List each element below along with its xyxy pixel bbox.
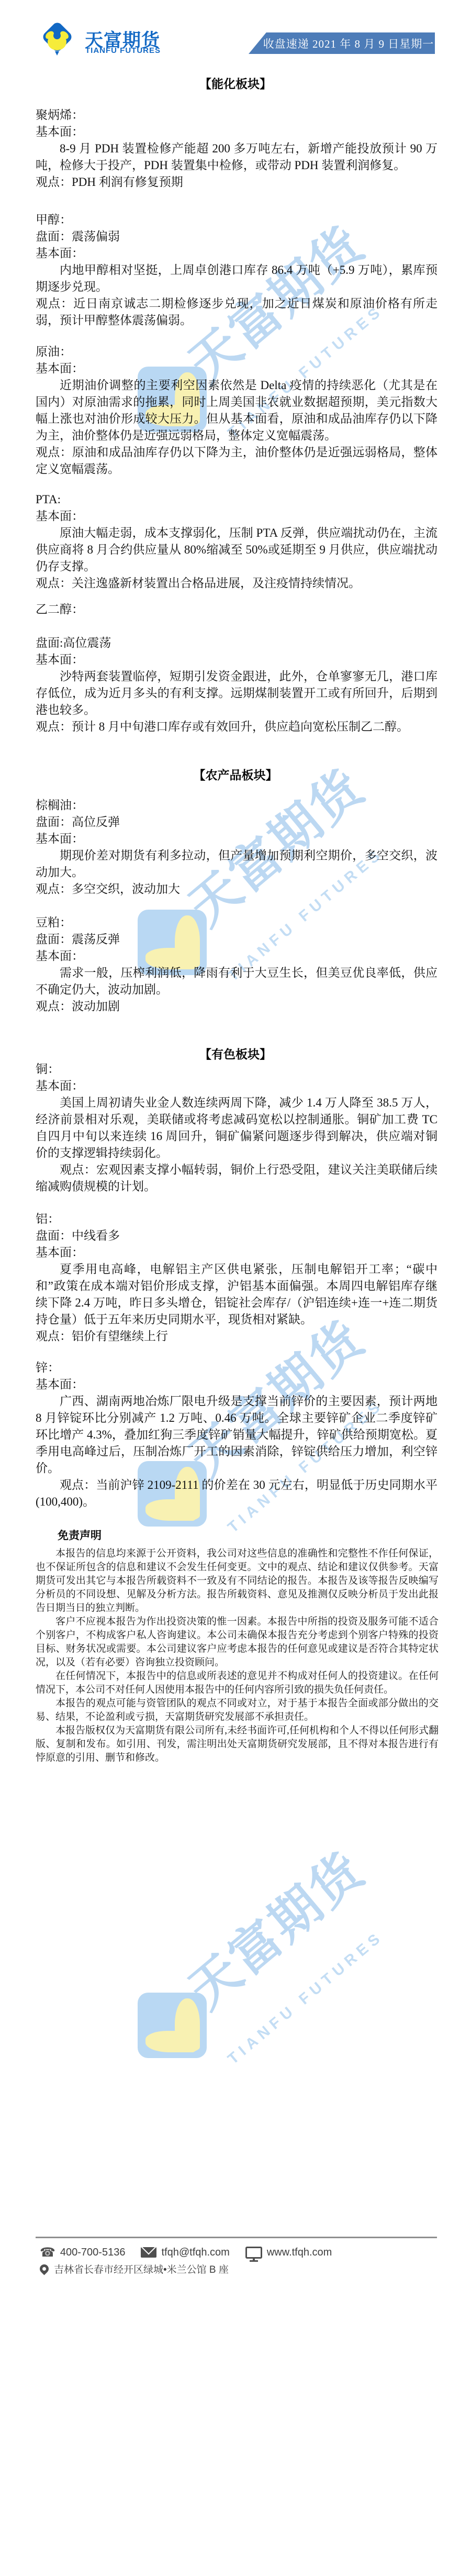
phone-number: 400-700-5136 [60,2247,126,2259]
commodity-name: 铜： [36,1061,438,1078]
commodity-name: 甲醇： [36,212,438,228]
disclaimer-paragraph: 本报告的观点可能与资管团队的观点不同或对立，对于基于本报告全面或部分做出的交易、… [36,1697,439,1724]
viewpoint-text: 观点：波动加剧 [36,998,438,1015]
commodity-block-polypropylene: 聚炳烯： 基本面： 8-9 月 PDH 装置检修产能超 200 多万吨左右，新增… [36,107,438,191]
disclaimer-title: 免责声明 [36,1527,438,1543]
watermark-cn-text: 天富期货 [171,1832,377,2022]
fundamental-text: 近期油价调整的主要利空因素依然是 Delta 疫情的持续恶化（尤其是在国内）对原… [36,377,438,444]
board-text: 盘面：高位反弹 [36,814,438,831]
fundamental-text: 期现价差对期货有利多拉动，但产量增加预期利空期价，多空交织，波动加大。 [36,847,438,881]
viewpoint-text: 观点：关注逸盛新材装置出合格品进展，及注疫情持续情况。 [36,575,438,592]
website-url[interactable]: www.tfqh.com [267,2247,332,2259]
watermark-en-text: TIANFU FUTURES [225,1928,387,2068]
commodity-block-crude-oil: 原油： 基本面： 近期油价调整的主要利空因素依然是 Delta 疫情的持续恶化（… [36,344,438,478]
board-text: 盘面：中线看多 [36,1228,438,1244]
address-text: 吉林省长春市经开区绿城•米兰公馆 B 座 [54,2262,229,2276]
commodity-name: 乙二醇： [36,601,438,618]
footer-email[interactable]: tfqh@tfqh.com [141,2247,229,2259]
board-text: 盘面:高位震荡 [36,635,438,651]
viewpoint-text: 观点：当前沪锌 2109-2111 的价差在 30 元左右，明显低于历史同期水平… [36,1477,438,1510]
commodity-name: 豆粕： [36,914,438,931]
footer-phone: ☎ 400-700-5136 [40,2246,125,2259]
email-address[interactable]: tfqh@tfqh.com [161,2247,229,2259]
fundamental-label: 基本面： [36,508,438,525]
date-banner: 收盘速递 2021 年 8 月 9 日星期一 [249,32,435,54]
viewpoint-text: 观点：铝价有望继续上行 [36,1328,438,1345]
viewpoint-text: 观点：多空交织，波动加大 [36,881,438,898]
location-pin-icon [38,2262,50,2275]
commodity-block-aluminium: 铝： 盘面：中线看多 基本面： 夏季用电高峰，电解铝主产区供电紧张，压制电解铝开… [36,1211,438,1345]
blank-line [36,618,438,635]
report-page: 天富期货 TIANFU FUTURES 天富期货 TIANFU FUTURES … [0,0,471,2576]
fundamental-text: 8-9 月 PDH 装置检修产能超 200 多万吨左右，新增产能投放预计 90 … [36,140,438,174]
mail-icon [141,2247,156,2258]
commodity-name: 锌： [36,1359,438,1376]
disclaimer-paragraph: 在任何情况下，本报告中的信息或所表述的意见并不构成对任何人的投资建议。在任何情况… [36,1670,439,1697]
date-banner-text: 收盘速递 2021 年 8 月 9 日星期一 [250,36,434,51]
commodity-block-meg: 乙二醇： 盘面:高位震荡 基本面： 沙特两套装置临停，短期引发资金跟进，此外，仓… [36,601,438,735]
commodity-block-methanol: 甲醇： 盘面：震荡偏弱 基本面： 内地甲醇相对坚挺，上周卓创港口库存 86.4 … [36,212,438,329]
fundamental-label: 基本面： [36,360,438,377]
tianfu-watermark-logo-icon [138,1993,207,2058]
section-title-agri: 【农产品板块】 [0,766,471,783]
commodity-name: 原油： [36,344,438,360]
tianfu-logo-icon [40,21,74,63]
viewpoint-text: 观点：PDH 利润有修复预期 [36,174,438,191]
section-title-energy: 【能化板块】 [0,74,471,92]
board-text: 盘面：震荡偏弱 [36,228,438,245]
commodity-block-pta: PTA: 基本面： 原油大幅走弱，成本支撑弱化，压制 PTA 反弹，供应端扰动仍… [36,491,438,592]
phone-icon: ☎ [40,2246,55,2259]
footer-contacts: ☎ 400-700-5136 tfqh@tfqh.com www.tfqh.co… [40,2245,347,2260]
disclaimer-paragraph: 本报告版权仅为天富期货有限公司所有,未经书面许可,任何机构和个人不得以任何形式翻… [36,1724,439,1765]
tianfu-watermark: 天富期货 TIANFU FUTURES [133,1846,385,2124]
commodity-name: 铝： [36,1211,438,1228]
fundamental-label: 基本面： [36,1078,438,1094]
fundamental-text: 美国上周初请失业金人数连续两周下降，减少 1.4 万人降至 38.5 万人，经济… [36,1094,438,1162]
board-text: 盘面：震荡反弹 [36,931,438,948]
viewpoint-text: 观点：预计 8 月中旬港口库存或有效回升，供应趋向宽松压制乙二醇。 [36,718,438,735]
viewpoint-text: 观点：近日南京诚志二期检修逐步兑现，加之近日煤炭和原油价格有所走弱，预计甲醇整体… [36,295,438,329]
footer-divider [36,2237,437,2238]
viewpoint-text: 观点：原油和成品油库存仍以下降为主，油价整体仍是近强远弱格局，整体定义宽幅震荡。 [36,444,438,478]
fundamental-text: 沙特两套装置临停，短期引发资金跟进，此外，仓单寥寥无几，港口库存低位，成为近月多… [36,668,438,718]
fundamental-label: 基本面： [36,948,438,965]
commodity-block-zinc: 锌： 基本面： 广西、湖南两地冶炼厂限电升级是支撑当前锌价的主要因素，预计两地 … [36,1359,438,1510]
commodity-name: 聚炳烯： [36,107,438,124]
fundamental-label: 基本面： [36,1376,438,1393]
footer-website[interactable]: www.tfqh.com [245,2247,332,2259]
fundamental-label: 基本面： [36,124,438,140]
footer-address: 吉林省长春市经开区绿城•米兰公馆 B 座 [40,2261,229,2276]
fundamental-label: 基本面： [36,245,438,262]
commodity-name: 棕榈油： [36,797,438,814]
fundamental-text: 夏季用电高峰，电解铝主产区供电紧张，压制电解铝开工率；“碳中和”政策在成本端对铝… [36,1261,438,1328]
commodity-block-copper: 铜： 基本面： 美国上周初请失业金人数连续两周下降，减少 1.4 万人降至 38… [36,1061,438,1195]
disclaimer-paragraph: 客户不应视本报告为作出投资决策的惟一因素。本报告中所指的投资及服务可能不适合个别… [36,1615,439,1670]
commodity-name: PTA: [36,491,438,508]
commodity-block-palm-oil: 棕榈油： 盘面：高位反弹 基本面： 期现价差对期货有利多拉动，但产量增加预期利空… [36,797,438,898]
fundamental-label: 基本面： [36,651,438,668]
fundamental-text: 广西、湖南两地冶炼厂限电升级是支撑当前锌价的主要因素，预计两地 8 月锌锭环比分… [36,1393,438,1477]
fundamental-text: 原油大幅走弱，成本支撑弱化，压制 PTA 反弹，供应端扰动仍在，主流供应商将 8… [36,525,438,575]
disclaimer-paragraph: 本报告的信息均来源于公开资料，我公司对这些信息的准确性和完整性不作任何保证，也不… [36,1547,439,1615]
disclaimer-body: 本报告的信息均来源于公开资料，我公司对这些信息的准确性和完整性不作任何保证，也不… [36,1547,439,1765]
fundamental-text: 需求一般，压榨利润低，降雨有利于大豆生长，但美豆优良率低，供应不确定仍大，波动加… [36,965,438,998]
monitor-icon [245,2247,262,2259]
section-title-metal: 【有色板块】 [0,1045,471,1062]
fundamental-label: 基本面： [36,1244,438,1261]
commodity-block-soymeal: 豆粕： 盘面：震荡反弹 基本面： 需求一般，压榨利润低，降雨有利于大豆生长，但美… [36,914,438,1015]
fundamental-text: 内地甲醇相对坚挺，上周卓创港口库存 86.4 万吨（+5.9 万吨），累库预期逐… [36,262,438,295]
logo-subtitle: TIANFU FUTURES [85,46,161,55]
viewpoint-text: 观点：宏观因素支撑小幅转弱，铜价上行恐受阻，建议关注美联储后续缩减购债规模的计划… [36,1162,438,1195]
fundamental-label: 基本面： [36,831,438,847]
